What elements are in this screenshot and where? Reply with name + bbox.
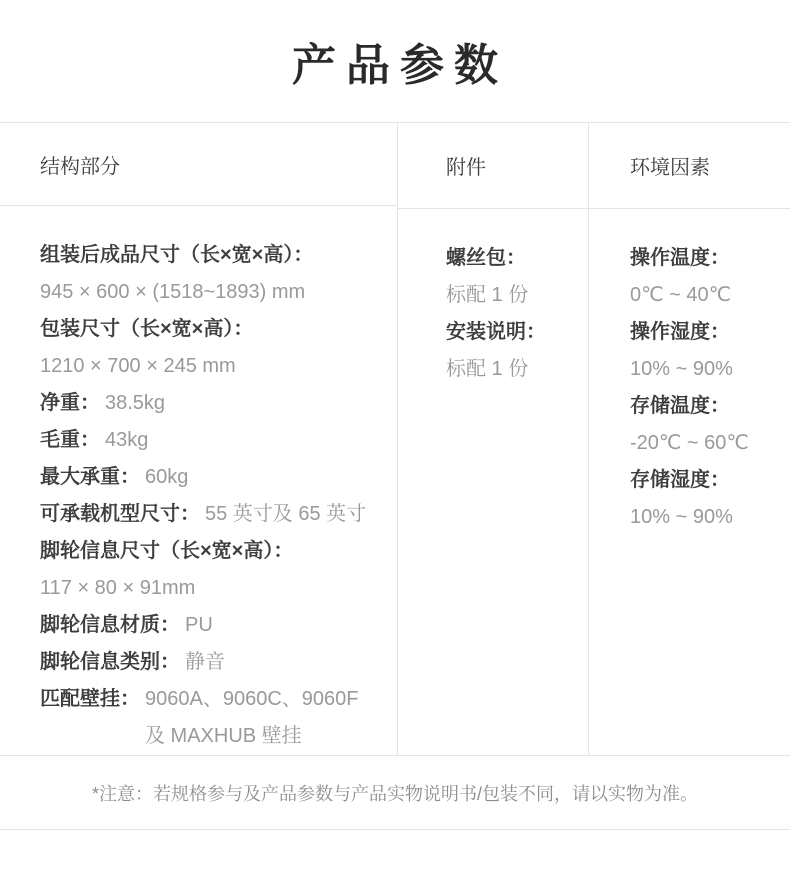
note-section: *注意：若规格参与及产品参数与产品实物说明书/包装不同，请以实物为准。 [0, 756, 790, 830]
spec-label: 脚轮信息类别： [40, 651, 180, 673]
spec-value: -20℃ ~ 60℃ [630, 432, 749, 454]
spec-value: 10% ~ 90% [630, 358, 733, 380]
spec-row: 10% ~ 90% [630, 499, 782, 536]
spec-label: 毛重： [40, 429, 100, 451]
spec-value: 55 英寸及 65 英寸 [205, 503, 366, 525]
spec-label: 组装后成品尺寸（长×宽×高）： [40, 244, 313, 266]
spec-value: PU [185, 614, 213, 636]
spec-label: 可承载机型尺寸： [40, 503, 200, 525]
spec-row: 标配 1 份 [446, 351, 580, 388]
spec-row: 包装尺寸（长×宽×高）： [40, 311, 387, 348]
spec-value: 117 × 80 × 91mm [40, 577, 195, 599]
spec-row: 10% ~ 90% [630, 351, 782, 388]
spec-label: 螺丝包： [446, 247, 526, 269]
spec-row: 匹配壁挂：9060A、9060C、9060F及 MAXHUB 壁挂 [40, 681, 387, 755]
spec-label: 操作温度： [630, 247, 730, 269]
spec-row: 存储温度： [630, 388, 782, 425]
spec-row: 螺丝包： [446, 240, 580, 277]
column-header-environment: 环境因素 [589, 123, 790, 209]
spec-row: 脚轮信息材质：PU [40, 607, 387, 644]
spec-row: 组装后成品尺寸（长×宽×高）： [40, 237, 387, 274]
spec-label: 存储温度： [630, 395, 730, 417]
spec-row: 毛重：43kg [40, 422, 387, 459]
spec-value: 标配 1 份 [446, 284, 528, 306]
column-header-structure: 结构部分 [0, 123, 397, 206]
spec-label: 脚轮信息尺寸（长×宽×高）： [40, 540, 293, 562]
spec-row: 安装说明： [446, 314, 580, 351]
column-body-structure: 组装后成品尺寸（长×宽×高）：945 × 600 × (1518~1893) m… [0, 206, 397, 755]
spec-row: 脚轮信息尺寸（长×宽×高）： [40, 533, 387, 570]
spec-values: 9060A、9060C、9060F及 MAXHUB 壁挂 [145, 681, 358, 755]
spec-label: 包装尺寸（长×宽×高）： [40, 318, 253, 340]
spec-row: 0℃ ~ 40℃ [630, 277, 782, 314]
spec-value: 43kg [105, 429, 148, 451]
column-environment: 环境因素 操作温度：0℃ ~ 40℃操作湿度：10% ~ 90%存储温度：-20… [589, 123, 790, 755]
spec-label: 净重： [40, 392, 100, 414]
column-body-environment: 操作温度：0℃ ~ 40℃操作湿度：10% ~ 90%存储温度：-20℃ ~ 6… [589, 209, 790, 755]
spec-value: 及 MAXHUB 壁挂 [145, 718, 358, 755]
column-header-accessories: 附件 [398, 123, 588, 209]
spec-value: 静音 [185, 651, 225, 673]
spec-label: 脚轮信息材质： [40, 614, 180, 636]
spec-label: 匹配壁挂： [40, 681, 140, 755]
spec-row: 操作温度： [630, 240, 782, 277]
spec-value: 9060A、9060C、9060F [145, 681, 358, 718]
spec-row: 操作湿度： [630, 314, 782, 351]
product-spec-page: 产品参数 结构部分 组装后成品尺寸（长×宽×高）：945 × 600 × (15… [0, 0, 790, 883]
page-title: 产品参数 [282, 29, 508, 93]
spec-row: 净重：38.5kg [40, 385, 387, 422]
spec-row: 945 × 600 × (1518~1893) mm [40, 274, 387, 311]
spec-value: 60kg [145, 466, 188, 488]
column-structure: 结构部分 组装后成品尺寸（长×宽×高）：945 × 600 × (1518~18… [0, 123, 398, 755]
spec-label: 安装说明： [446, 321, 546, 343]
spec-row: 脚轮信息类别：静音 [40, 644, 387, 681]
footer-spacer [0, 830, 790, 883]
spec-value: 38.5kg [105, 392, 165, 414]
column-body-accessories: 螺丝包：标配 1 份安装说明：标配 1 份 [398, 209, 588, 755]
spec-row: 标配 1 份 [446, 277, 580, 314]
spec-row: 1210 × 700 × 245 mm [40, 348, 387, 385]
spec-value: 1210 × 700 × 245 mm [40, 355, 236, 377]
spec-row: 存储湿度： [630, 462, 782, 499]
spec-row: 最大承重：60kg [40, 459, 387, 496]
spec-value: 0℃ ~ 40℃ [630, 284, 731, 306]
spec-value: 标配 1 份 [446, 358, 528, 380]
note-text: *注意：若规格参与及产品参数与产品实物说明书/包装不同，请以实物为准。 [92, 780, 698, 806]
spec-label: 存储湿度： [630, 469, 730, 491]
spec-table: 结构部分 组装后成品尺寸（长×宽×高）：945 × 600 × (1518~18… [0, 122, 790, 756]
column-accessories: 附件 螺丝包：标配 1 份安装说明：标配 1 份 [398, 123, 589, 755]
spec-value: 10% ~ 90% [630, 506, 733, 528]
spec-label: 操作湿度： [630, 321, 730, 343]
spec-row: -20℃ ~ 60℃ [630, 425, 782, 462]
spec-value: 945 × 600 × (1518~1893) mm [40, 281, 305, 303]
spec-row: 117 × 80 × 91mm [40, 570, 387, 607]
spec-row: 可承载机型尺寸：55 英寸及 65 英寸 [40, 496, 387, 533]
page-header: 产品参数 [0, 0, 790, 122]
spec-label: 最大承重： [40, 466, 140, 488]
